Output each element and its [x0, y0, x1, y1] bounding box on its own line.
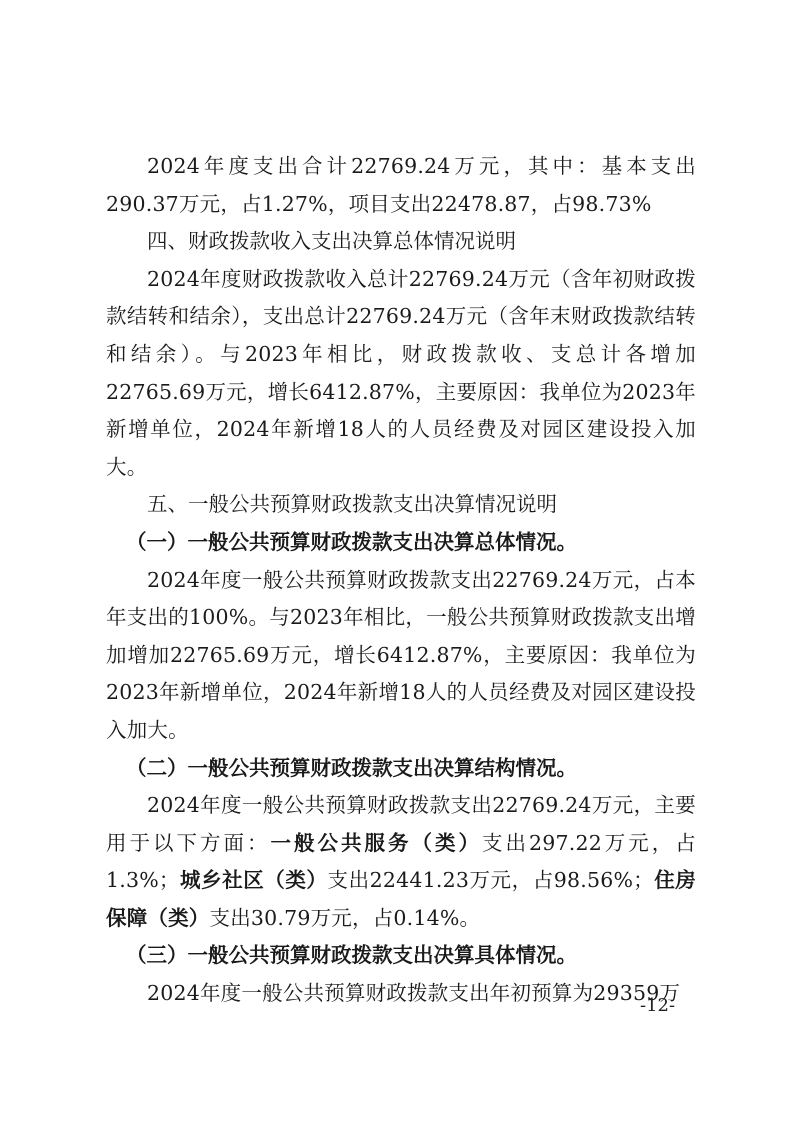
paragraph-general-budget-overall: 2024年度一般公共预算财政拨款支出22769.24万元，占本年支出的100%。…	[106, 562, 696, 750]
housing-security-amount: 支出30.79万元，占0.14%。	[210, 906, 481, 930]
heading-section-4: 四、财政拨款收入支出决算总体情况说明	[106, 223, 696, 261]
heading-subsection-1: （一）一般公共预算财政拨款支出决算总体情况。	[106, 524, 696, 562]
page-number: -12-	[640, 995, 675, 1016]
paragraph-general-budget-structure: 2024年度一般公共预算财政拨款支出22769.24万元，主要用于以下方面：一般…	[106, 787, 696, 937]
paragraph-expenditure-total: 2024年度支出合计22769.24万元，其中：基本支出290.37万元，占1.…	[106, 148, 696, 223]
category-general-public-services: 一般公共服务（类）	[271, 831, 483, 855]
paragraph-general-budget-detail: 2024年度一般公共预算财政拨款支出年初预算为29359万	[106, 975, 696, 1013]
paragraph-fiscal-appropriation-summary: 2024年度财政拨款收入总计22769.24万元（含年初财政拨款结转和结余），支…	[106, 261, 696, 487]
heading-subsection-3: （三）一般公共预算财政拨款支出决算具体情况。	[106, 937, 696, 975]
heading-section-5: 五、一般公共预算财政拨款支出决算情况说明	[106, 486, 696, 524]
urban-rural-community-amount: 支出22441.23万元，占98.56%；	[328, 868, 654, 892]
heading-subsection-2: （二）一般公共预算财政拨款支出决算结构情况。	[106, 750, 696, 788]
document-page: 2024年度支出合计22769.24万元，其中：基本支出290.37万元，占1.…	[106, 148, 696, 1013]
category-urban-rural-community: 城乡社区（类）	[180, 868, 328, 892]
